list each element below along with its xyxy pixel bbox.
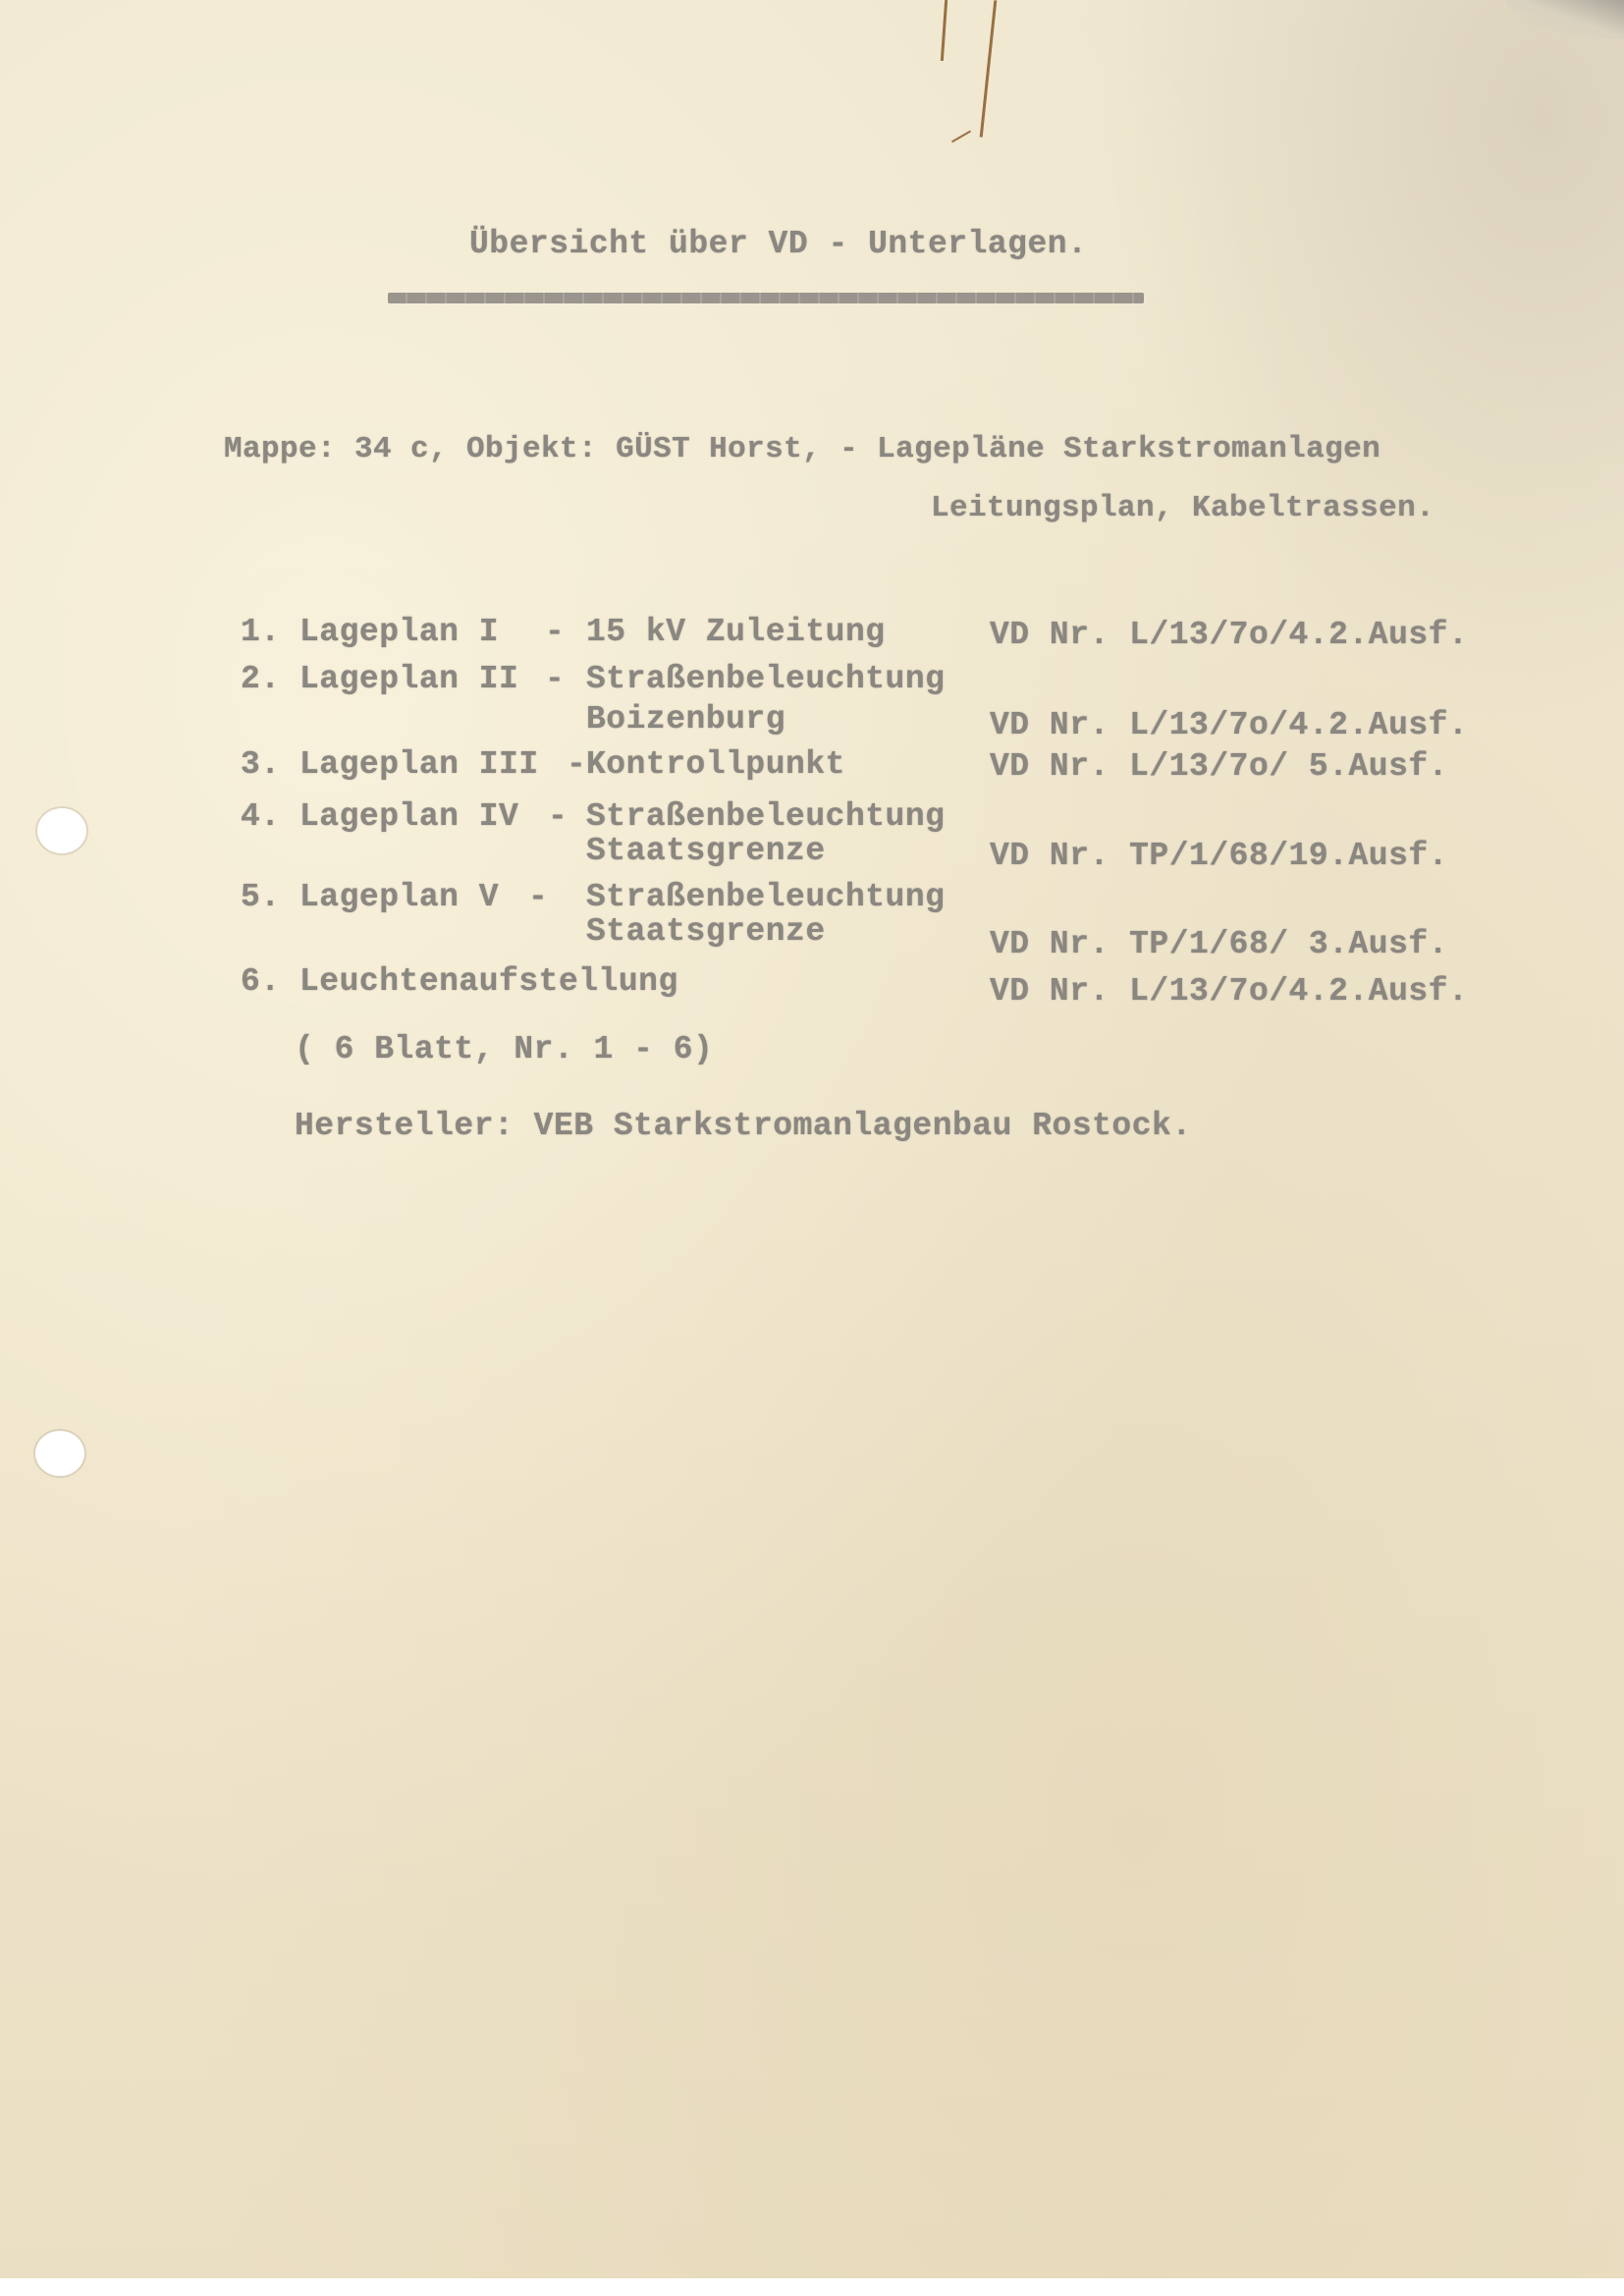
folder-header-line-1: Mappe: 34 c, Objekt: GÜST Horst, - Lagep…: [224, 434, 1380, 465]
item-description: Kontrollpunkt: [586, 748, 845, 781]
item-number: 4.: [241, 800, 281, 833]
item-dash: -: [545, 663, 565, 695]
item-label: Lageplan IV: [299, 800, 518, 833]
item-description-line-2: Staatsgrenze: [586, 915, 826, 948]
item-description: Straßenbeleuchtung: [586, 663, 945, 695]
pencil-mark: [980, 0, 998, 137]
folded-corner: [1506, 0, 1624, 39]
sheet-count: ( 6 Blatt, Nr. 1 - 6): [295, 1033, 713, 1066]
item-dash: -: [548, 800, 568, 833]
item-reference: VD Nr. TP/1/68/19.Ausf.: [990, 840, 1448, 872]
manufacturer: Hersteller: VEB Starkstromanlagenbau Ros…: [295, 1110, 1192, 1142]
item-dash: -: [528, 881, 548, 913]
item-number: 1.: [241, 616, 281, 648]
item-number: 2.: [241, 663, 281, 695]
item-dash: -: [567, 748, 586, 781]
pencil-mark: [941, 0, 947, 61]
document-title: Übersicht über VD - Unterlagen.: [469, 228, 1087, 260]
item-reference: VD Nr. L/13/7o/4.2.Ausf.: [990, 619, 1468, 651]
item-reference: VD Nr. L/13/7o/ 5.Ausf.: [990, 750, 1448, 783]
item-description-line-2: Boizenburg: [586, 703, 785, 736]
item-reference: VD Nr. TP/1/68/ 3.Ausf.: [990, 928, 1448, 960]
item-description: Straßenbeleuchtung: [586, 881, 945, 913]
item-reference: VD Nr. L/13/7o/4.2.Ausf.: [990, 709, 1468, 741]
title-underline: [388, 293, 1144, 303]
item-description: Straßenbeleuchtung: [586, 800, 945, 833]
item-number: 3.: [241, 748, 281, 781]
item-label: Leuchtenaufstellung: [299, 965, 678, 998]
item-dash: -: [545, 616, 565, 648]
item-label: Lageplan II: [299, 663, 518, 695]
folder-header-line-2: Leitungsplan, Kabeltrassen.: [931, 493, 1435, 523]
paper-sheet: Übersicht über VD - Unterlagen. Mappe: 3…: [0, 0, 1624, 2278]
item-number: 6.: [241, 965, 281, 998]
item-label: Lageplan V: [299, 881, 499, 913]
item-label: Lageplan I: [299, 616, 499, 648]
item-description-line-2: Staatsgrenze: [586, 835, 826, 867]
item-description: 15 kV Zuleitung: [586, 616, 886, 648]
pencil-mark: [951, 131, 971, 143]
item-label: Lageplan III: [299, 748, 539, 781]
item-number: 5.: [241, 881, 281, 913]
punch-hole-top: [37, 808, 86, 853]
item-reference: VD Nr. L/13/7o/4.2.Ausf.: [990, 975, 1468, 1008]
punch-hole-bottom: [35, 1431, 84, 1476]
